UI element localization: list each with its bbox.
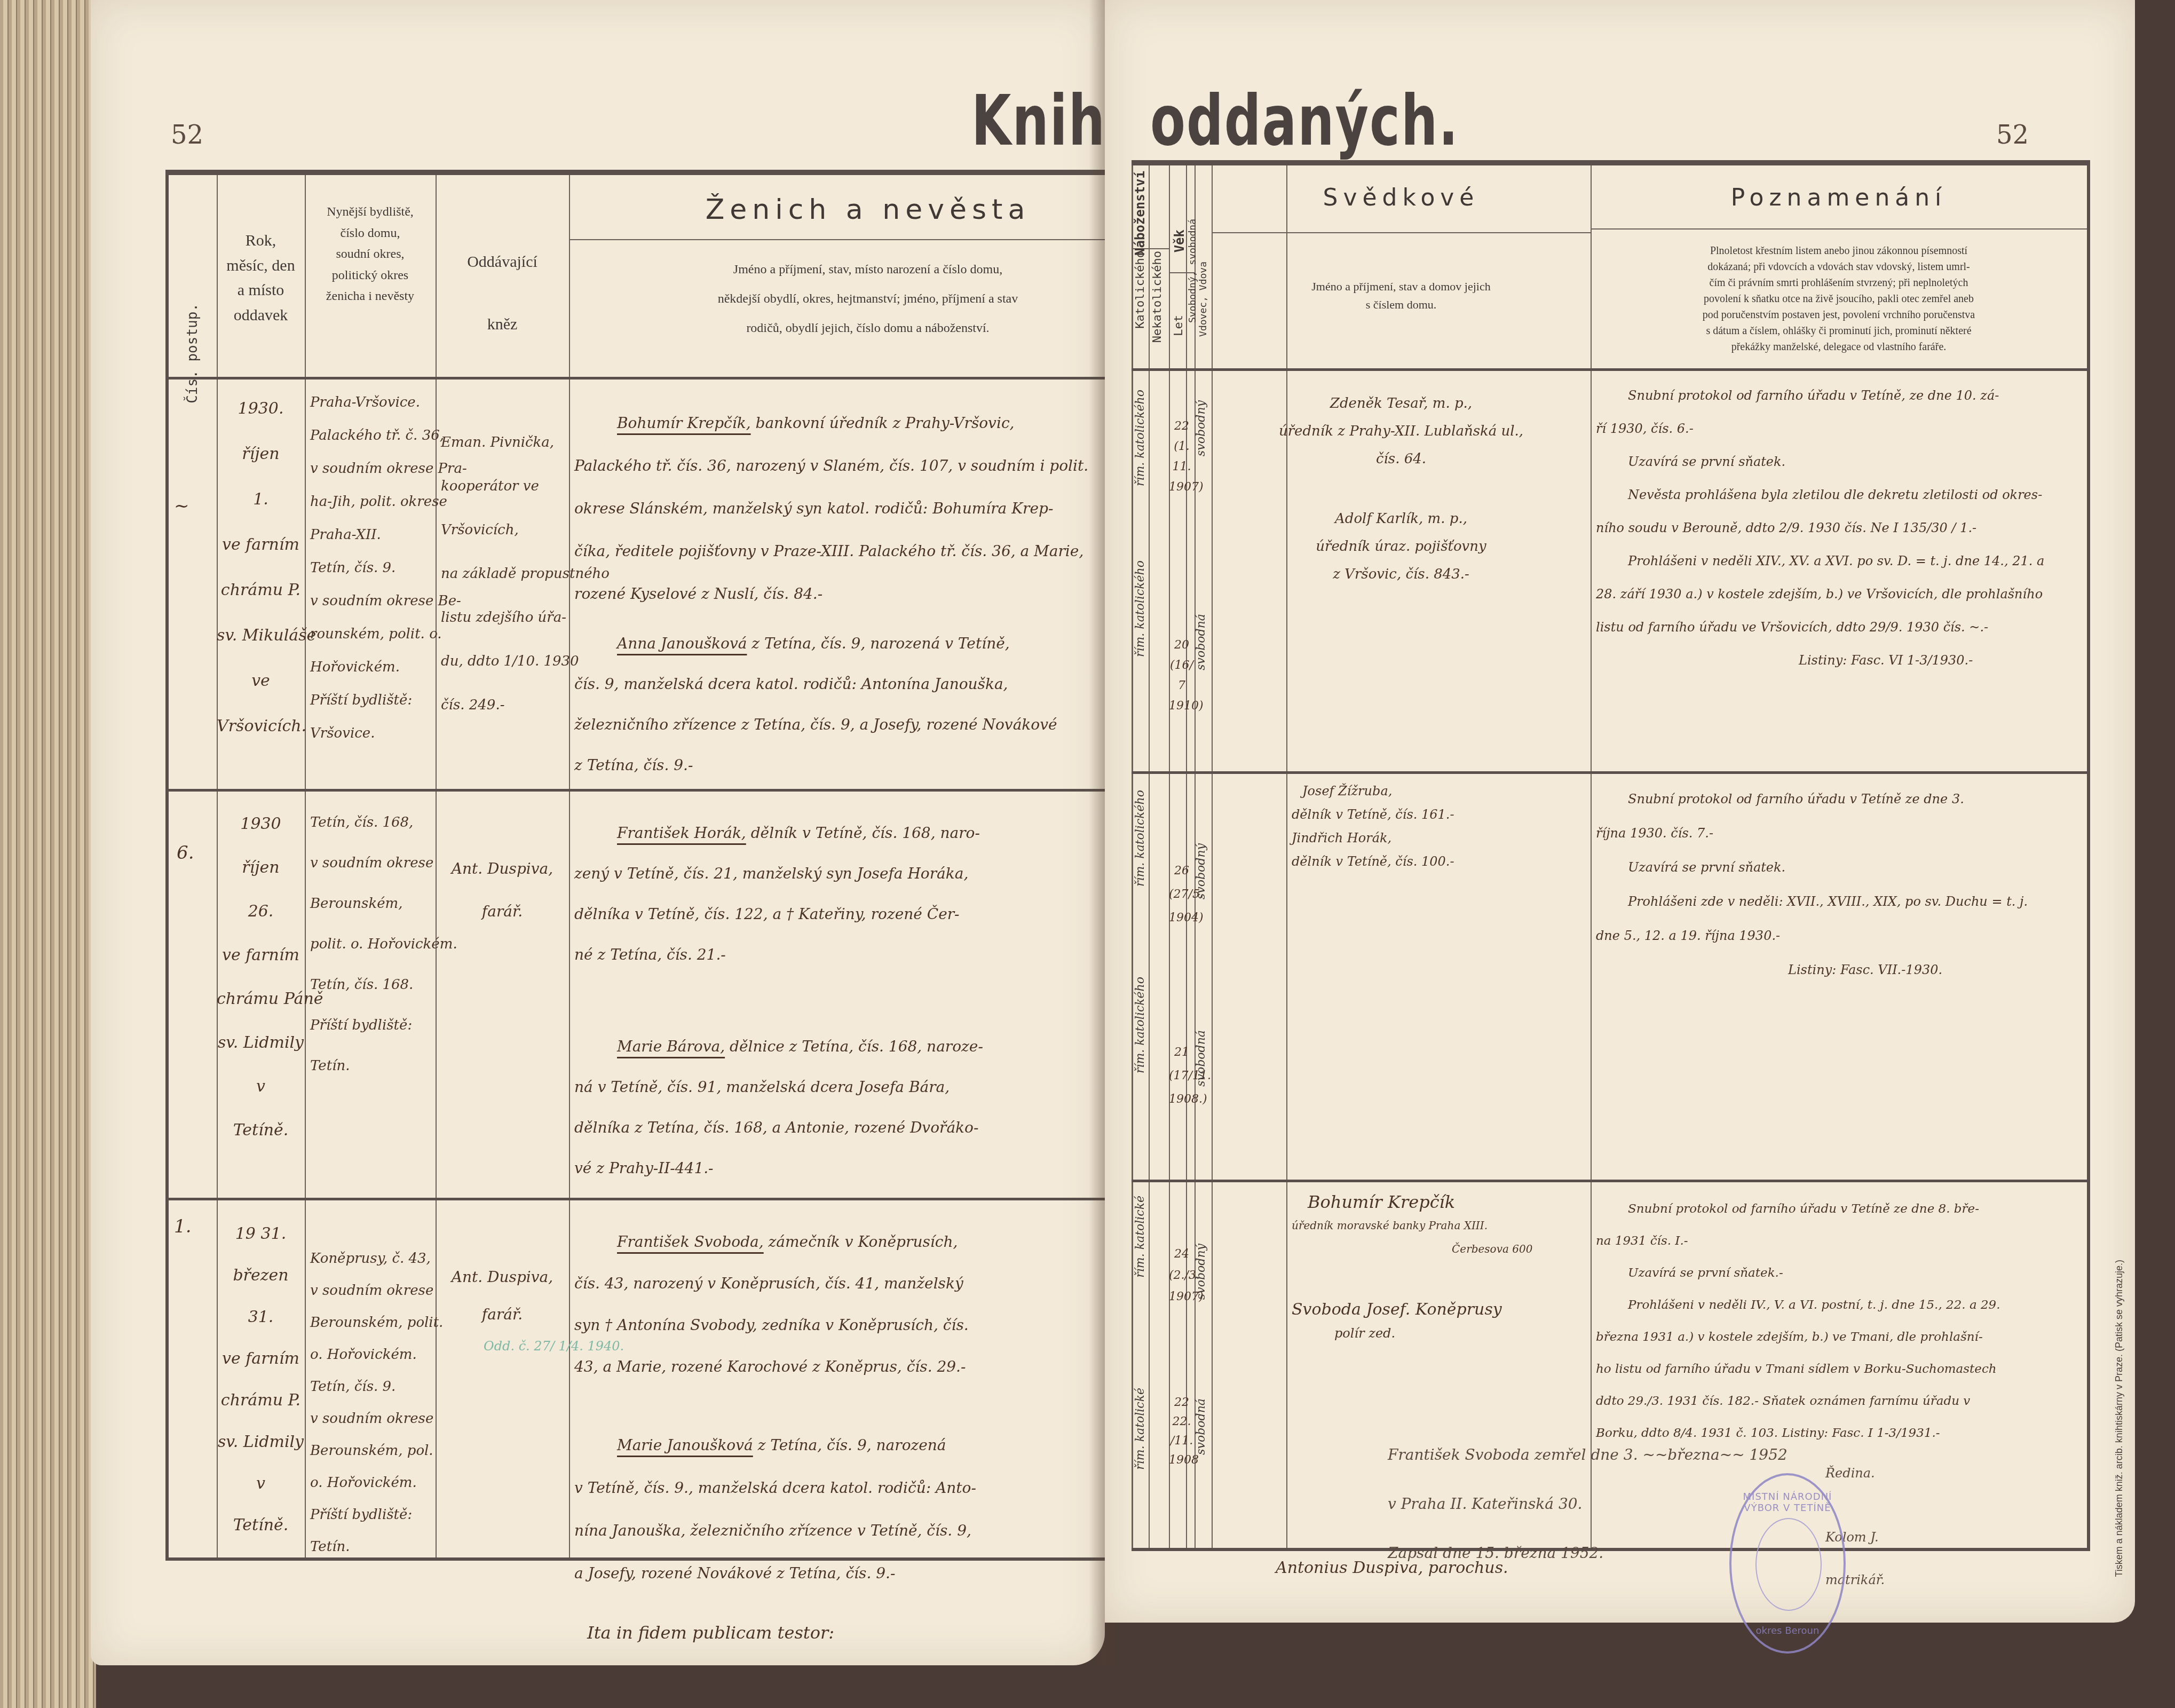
bride-name: Marie Janoušková: [617, 1436, 753, 1454]
header-date-place: Rok,měsíc, dena místooddavek: [217, 228, 305, 328]
header-age: Věk: [1172, 230, 1187, 252]
book-page-edges: [0, 0, 96, 1708]
entry-3-date-place: 19 31.březen31.ve farnímchrámu P.sv. Lid…: [217, 1213, 305, 1546]
header-catholic: Katolického: [1134, 251, 1147, 329]
right-register-table: Náboženství Katolického Nekatolického Vě…: [1132, 160, 2090, 1551]
printer-imprint: Tiskem a nákladem kniž. arcib. knihtiská…: [2114, 1260, 2125, 1577]
entry-2-priest: Ant. Duspiva,farář.: [436, 848, 569, 933]
entry-3-bride: Marie Janoušková z Tetína, čís. 9, naroz…: [574, 1424, 1161, 1595]
bride-name: Anna Janoušková: [617, 635, 747, 652]
entry-3-number: 1.: [174, 1216, 191, 1237]
entry-2-bride-status: svobodná: [1195, 1030, 1208, 1087]
entry-2-witnesses: Josef Žížruba,dělník v Tetíně, čís. 161.…: [1292, 779, 1591, 873]
entry-3-registrar-note: Ředina.Kolom J.matrikář.: [1825, 1452, 1986, 1601]
entry-2-bride: Marie Bárova, dělnice z Tetína, čís. 168…: [574, 1026, 1161, 1189]
entry-1-witnesses: Zdeněk Tesař, m. p.,úředník z Prahy-XII.…: [1212, 390, 1591, 588]
header-priest: Oddávajícíkněz: [436, 250, 569, 337]
stamp-emblem-icon: [1755, 1518, 1822, 1611]
header-religion: Náboženství: [1133, 171, 1148, 256]
page-number-left: 52: [171, 120, 203, 150]
header-witnesses-title: Svědkové: [1212, 184, 1591, 211]
left-register-table: Čís. postup. Rok,měsíc, dena místooddave…: [165, 170, 1167, 1561]
page-number-right: 52: [1996, 120, 2029, 150]
header-status: Svobodný, svobodná: [1187, 219, 1198, 323]
entry-2-notes: Snubní protokol od farního úřadu v Tetín…: [1596, 782, 2087, 987]
entry-1-groom-status: svobodný: [1195, 400, 1208, 456]
entry-3-groom-status: svobodný: [1195, 1244, 1208, 1300]
entry-1-bride-age: 20(16/71910): [1169, 635, 1195, 716]
entry-2-groom-status: svobodný: [1195, 843, 1208, 899]
right-page: oddaných. 52 Náboženství Katolického Nek…: [1105, 0, 2135, 1623]
entry-1-priest: Eman. Pivnička,kooperátor veVršovicích,n…: [441, 421, 569, 727]
header-notes-sub: Plnoletost křestním listem anebo jinou z…: [1591, 243, 2087, 355]
header-noncatholic: Nekatolického: [1151, 251, 1164, 343]
entry-3-witnesses: Bohumír Krepčíkúředník moravské banky Pr…: [1292, 1190, 1591, 1345]
entry-1-groom-age: 22(1.11.1907): [1169, 416, 1195, 497]
header-notes-title: Poznamenání: [1591, 184, 2087, 211]
entry-3-notes: Snubní protokol od farního úřadu v Tetín…: [1596, 1193, 2087, 1449]
entry-3-groom-religion: řím. katolické: [1134, 1196, 1147, 1278]
entry-2-groom: František Horák, dělník v Tetíně, čís. 1…: [574, 813, 1161, 975]
bride-name: Marie Bárova,: [617, 1038, 725, 1055]
entry-2-residence: Tetín, čís. 168,v soudním okreseBerounsk…: [310, 802, 436, 1086]
entry-3-groom: František Svoboda, zámečník v Koněprusíc…: [574, 1221, 1161, 1388]
entry-1-number: ~: [174, 495, 189, 517]
entry-2-groom-religion: řím. katolického: [1134, 790, 1147, 887]
entry-1-date-place: 1930.říjen1.ve farnímchrámu P.sv. Mikulá…: [217, 386, 305, 749]
entry-1-residence: Praha-Vršovice.Palackého tř. č. 36,v sou…: [310, 386, 436, 750]
entry-3-bride-religion: řím. katolické: [1134, 1388, 1147, 1470]
left-page: 52 Kniha Čís. postup. Rok,měsíc, dena mí…: [91, 0, 1105, 1665]
entry-3-priest: Ant. Duspiva,farář.: [436, 1259, 569, 1333]
title-right: oddaných.: [1150, 80, 1459, 161]
entry-2-groom-age: 26(27/5.1904): [1169, 859, 1195, 930]
groom-name: František Svoboda,: [617, 1233, 764, 1251]
entry-2-bride-age: 21(17/11.1908.): [1169, 1041, 1195, 1111]
footer-right-signature: Antonius Duspiva, parochus.: [1276, 1559, 1508, 1577]
entry-3-residence: Koněprusy, č. 43,v soudním okreseBerouns…: [310, 1243, 436, 1563]
header-years: Let: [1172, 315, 1185, 336]
groom-name: František Horák,: [617, 824, 746, 842]
entry-1-notes: Snubní protokol od farního úřadu v Tetín…: [1596, 379, 2087, 677]
entry-3-bride-age: 2222./11.1908: [1169, 1393, 1195, 1470]
entry-1-groom: Bohumír Krepčík, bankovní úředník z Prah…: [574, 402, 1161, 615]
entry-2-date-place: 1930říjen26.ve farnímchrámu Páněsv. Lidm…: [217, 802, 305, 1152]
official-stamp: MÍSTNÍ NÁRODNÍ VÝBOR V TETÍNĚ okres Bero…: [1729, 1473, 1846, 1654]
entry-3-bride-status: svobodná: [1195, 1398, 1208, 1455]
header-number: Čís. postup.: [185, 303, 201, 404]
entry-1-bride-religion: řím. katolického: [1134, 560, 1147, 657]
header-couple-title: Ženich a nevěsta: [569, 194, 1167, 226]
entry-3-groom-age: 24(2./3.1907): [1169, 1244, 1195, 1308]
footer-left-signature: Ita in fidem publicam testor:: [587, 1623, 834, 1643]
entry-2-number: 6.: [177, 842, 194, 864]
entry-1-bride-status: svobodná: [1195, 614, 1208, 670]
entry-1-bride: Anna Janoušková z Tetína, čís. 9, naroze…: [574, 623, 1161, 786]
header-witnesses-sub: Jméno a příjmení, stav a domov jejichs č…: [1212, 278, 1591, 314]
header-residence: Nynější bydliště,číslo domu,soudní okres…: [305, 202, 436, 307]
entry-1-groom-religion: řím. katolického: [1134, 390, 1147, 486]
header-widowed: Vdovec, Vdova: [1198, 262, 1209, 337]
header-couple-sub: Jméno a příjmení, stav, místo narození a…: [569, 255, 1167, 344]
entry-2-bride-religion: řím. katolického: [1134, 977, 1147, 1073]
groom-name: Bohumír Krepčík,: [617, 414, 751, 432]
